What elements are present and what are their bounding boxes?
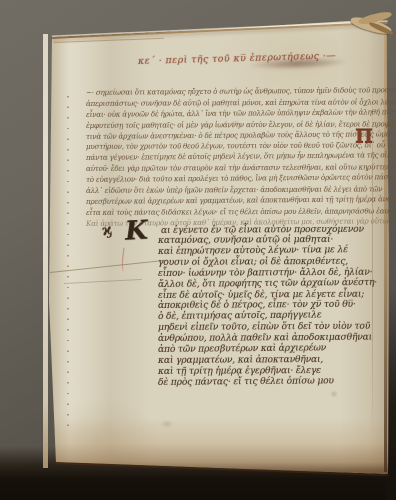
commentary-line: ἀλλ᾽ εἰδῶσιν ὅτι ἑκὼν ὑπὲρ ἡμῶν παθεῖν ἔ… [86, 184, 382, 195]
commentary-line: μυστήριον, τὸν χριστὸν τοῦ θεοῦ λέγων, τ… [86, 140, 395, 151]
gospel-line: δὲ πρὸς πάντας· εἴ τις θέλει ὀπίσω μου [158, 375, 334, 388]
page-stack-highlight-strip [43, 34, 48, 468]
corner-tuft [344, 10, 396, 48]
gospel-line: ὁ δὲ, ἐπιτιμήσας αὐτοῖς, παρήγγειλε [158, 309, 322, 322]
foxing-spot [160, 420, 174, 428]
commentary-line: ἐμφυτεύσῃ τοῖς μαθηταῖς· οἱ μὲν γὰρ ἰωάν… [86, 119, 396, 130]
foxing-spot [330, 390, 338, 398]
gospel-line: ἀπὸ τῶν πρεσβυτέρων καὶ ἀρχιερέων [158, 342, 326, 355]
manuscript-photo: κε΄ · περὶ τῆς τοῦ κυ̅ ἐπερωτήσεως ·— ~·… [0, 0, 396, 500]
page-stack-edges [10, 31, 56, 477]
commentary-line: αὐτοῦ· ἔδει γὰρ πρῶτον τὸν σταυρὸν καὶ τ… [86, 162, 396, 173]
margin-siglum-pi: Π [355, 126, 373, 148]
pricking-holes [67, 96, 69, 432]
parchment-crease-vertical [372, 60, 373, 440]
commentary-line: ἀπερισπάστως· συνῆσαν δὲ αὐτῷ οἱ μαθηταὶ… [86, 97, 396, 108]
initial-kappa: Κ [124, 215, 148, 246]
